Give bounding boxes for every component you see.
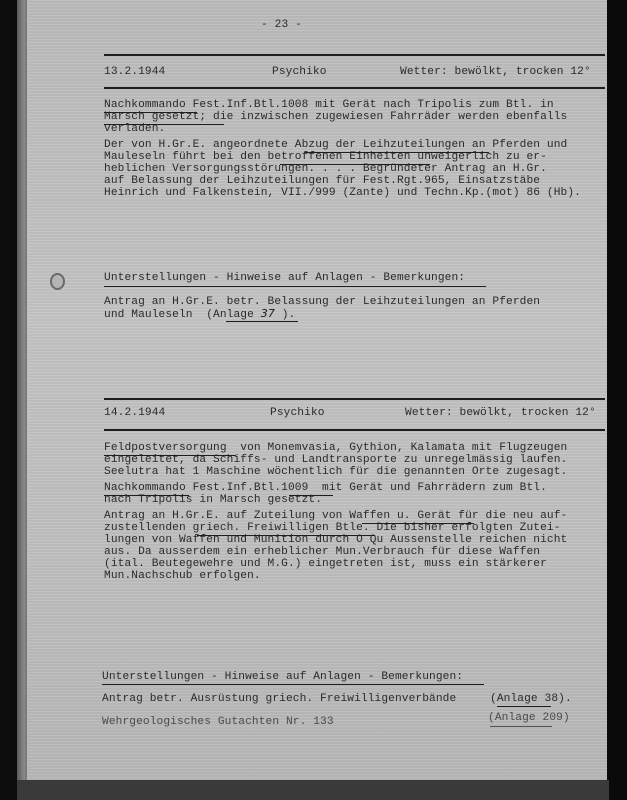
punch-hole-icon: [50, 273, 65, 290]
annex-number-handwritten: 37: [261, 307, 275, 320]
paragraph-line: Der von H.Gr.E. angeordnete Abzug der Le…: [104, 139, 567, 151]
remark-suffix: ).: [275, 309, 295, 321]
remark-text: Antrag betr. Ausrüstung griech. Freiwill…: [102, 693, 456, 705]
entry-location: Psychiko: [270, 407, 325, 419]
annex-reference: (Anlage 38).: [490, 693, 572, 705]
paragraph-line: Feldpostversorgung von Monemvasia, Gythi…: [104, 442, 567, 454]
underline: [305, 152, 489, 153]
paragraph-line: Mun.Nachschub erfolgen.: [104, 570, 261, 582]
paragraph-line: Antrag an H.Gr.E. auf Zuteilung von Waff…: [104, 510, 567, 522]
entry-weather: Wetter: bewölkt, trocken 12°: [405, 407, 596, 419]
paragraph-line: zustellenden griech. Freiwilligen Btle. …: [104, 522, 561, 534]
remarks-heading: Unterstellungen - Hinweise auf Anlagen -…: [104, 272, 465, 284]
underline: [280, 164, 430, 165]
paragraph-line: Seelutra hat 1 Maschine wöchentlich für …: [104, 466, 567, 478]
scan-border-bottom: [17, 780, 609, 800]
entry-date: 13.2.1944: [104, 66, 165, 78]
underline: [104, 112, 197, 113]
remarks-heading: Unterstellungen - Hinweise auf Anlagen -…: [102, 671, 463, 683]
annex-underline: [490, 726, 552, 727]
annex-underline: [497, 706, 551, 707]
remarks-heading-underline: [102, 684, 484, 685]
remark-line: Antrag an H.Gr.E. betr. Belassung der Le…: [104, 296, 540, 308]
paragraph-line: Heinrich und Falkenstein, VII./999 (Zant…: [104, 187, 581, 199]
paragraph-line: Nachkommando Fest.Inf.Btl.1009 mit Gerät…: [104, 482, 547, 494]
remarks-heading-underline: [104, 286, 486, 287]
page-number: - 23 -: [261, 19, 302, 31]
remark-text: Wehrgeologisches Gutachten Nr. 133: [102, 716, 334, 728]
underline: [104, 455, 236, 456]
margin-line: [25, 0, 27, 787]
underline: [362, 523, 474, 524]
paragraph-line: auf Belassung der Leihzuteilungen für Fe…: [104, 175, 540, 187]
underline: [104, 124, 224, 125]
entry-weather: Wetter: bewölkt, trocken 12°: [400, 66, 591, 78]
underline: [104, 495, 189, 496]
paragraph-line: Nachkommando Fest.Inf.Btl.1008 mit Gerät…: [104, 99, 554, 111]
header-rule-bottom: [104, 87, 605, 89]
annex-reference: (Anlage 209): [488, 712, 570, 724]
scan-border-right: [607, 0, 627, 800]
header-rule-bottom: [104, 429, 605, 431]
remark-text: und Mauleseln (Anlage: [104, 309, 261, 321]
underline: [289, 495, 333, 496]
remark-line: und Mauleseln (Anlage 37 ).: [104, 308, 295, 321]
header-rule-top: [104, 54, 605, 56]
paragraph-line: aus. Da ausserdem ein erheblicher Mun.Ve…: [104, 546, 540, 558]
header-rule-top: [104, 398, 605, 400]
entry-location: Psychiko: [272, 66, 327, 78]
paragraph-line: (ital. Beutegewehre und M.G.) eingetrete…: [104, 558, 547, 570]
entry-date: 14.2.1944: [104, 407, 165, 419]
underline: [197, 535, 375, 536]
annex-underline: [226, 321, 298, 322]
